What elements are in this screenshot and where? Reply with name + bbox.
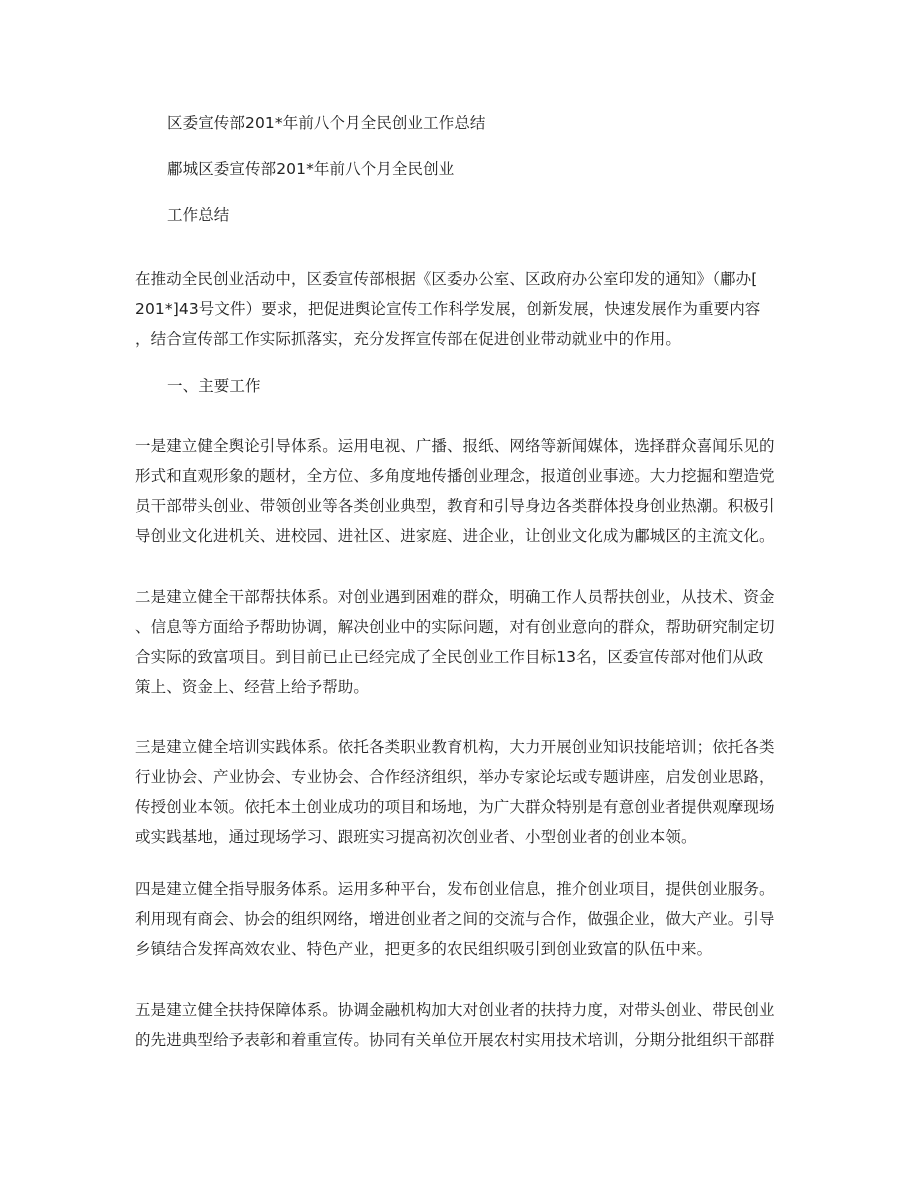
intro-line: 在推动全民创业活动中，区委宣传部根据《区委办公室、区政府办公室印发的通知》（鄘办… xyxy=(135,269,757,289)
paragraph-line: 传授创业本领。依托本土创业成功的项目和场地，为广大群众特别是有意创业者提供观摩现… xyxy=(135,797,775,817)
paragraph-line: 员干部带头创业、带领创业等各类创业典型，教育和引导身边各类群体投身创业热潮。积极… xyxy=(135,496,775,516)
paragraph-line: 三是建立健全培训实践体系。依托各类职业教育机构，大力开展创业知识技能培训；依托各… xyxy=(135,737,775,757)
paragraph-line: 的先进典型给予表彰和着重宣传。协同有关单位开展农村实用技术培训，分期分批组织干部… xyxy=(135,1030,775,1050)
paragraph-line: 、信息等方面给予帮助协调，解决创业中的实际问题，对有创业意向的群众，帮助研究制定… xyxy=(135,617,775,637)
document-subtitle-cont: 工作总结 xyxy=(167,205,229,225)
document-subtitle: 鄘城区委宣传部201*年前八个月全民创业 xyxy=(167,159,454,179)
paragraph-line: 形式和直观形象的题材，全方位、多角度地传播创业理念，报道创业事迹。大力挖掘和塑造… xyxy=(135,466,775,486)
document-page: 区委宣传部201*年前八个月全民创业工作总结 鄘城区委宣传部201*年前八个月全… xyxy=(0,0,920,1191)
document-title: 区委宣传部201*年前八个月全民创业工作总结 xyxy=(167,113,486,133)
intro-line: ，结合宣传部工作实际抓落实，充分发挥宣传部在促进创业带动就业中的作用。 xyxy=(135,329,681,349)
paragraph-line: 合实际的致富项目。到目前已止已经完成了全民创业工作目标13名，区委宣传部对他们从… xyxy=(135,647,763,667)
paragraph-line: 四是建立健全指导服务体系。运用多种平台，发布创业信息，推介创业项目，提供创业服务… xyxy=(135,879,775,899)
intro-line: 201*]43号文件）要求，把促进舆论宣传工作科学发展，创新发展，快速发展作为重… xyxy=(135,299,760,319)
paragraph-line: 或实践基地，通过现场学习、跟班实习提高初次创业者、小型创业者的创业本领。 xyxy=(135,827,697,847)
paragraph-line: 二是建立健全干部帮扶体系。对创业遇到困难的群众，明确工作人员帮扶创业，从技术、资… xyxy=(135,587,775,607)
paragraph-line: 五是建立健全扶持保障体系。协调金融机构加大对创业者的扶持力度，对带头创业、带民创… xyxy=(135,1000,775,1020)
paragraph-line: 乡镇结合发挥高效农业、特色产业，把更多的农民组织吸引到创业致富的队伍中来。 xyxy=(135,939,712,959)
paragraph-line: 一是建立健全舆论引导体系。运用电视、广播、报纸、网络等新闻媒体，选择群众喜闻乐见… xyxy=(135,436,775,456)
paragraph-line: 导创业文化进机关、进校园、进社区、进家庭、进企业，让创业文化成为鄘城区的主流文化… xyxy=(135,526,775,546)
section-heading: 一、主要工作 xyxy=(167,376,261,396)
paragraph-line: 行业协会、产业协会、专业协会、合作经济组织，举办专家论坛或专题讲座，启发创业思路… xyxy=(135,767,775,787)
paragraph-line: 利用现有商会、协会的组织网络，增进创业者之间的交流与合作，做强企业，做大产业。引… xyxy=(135,909,775,929)
paragraph-line: 策上、资金上、经营上给予帮助。 xyxy=(135,677,369,697)
